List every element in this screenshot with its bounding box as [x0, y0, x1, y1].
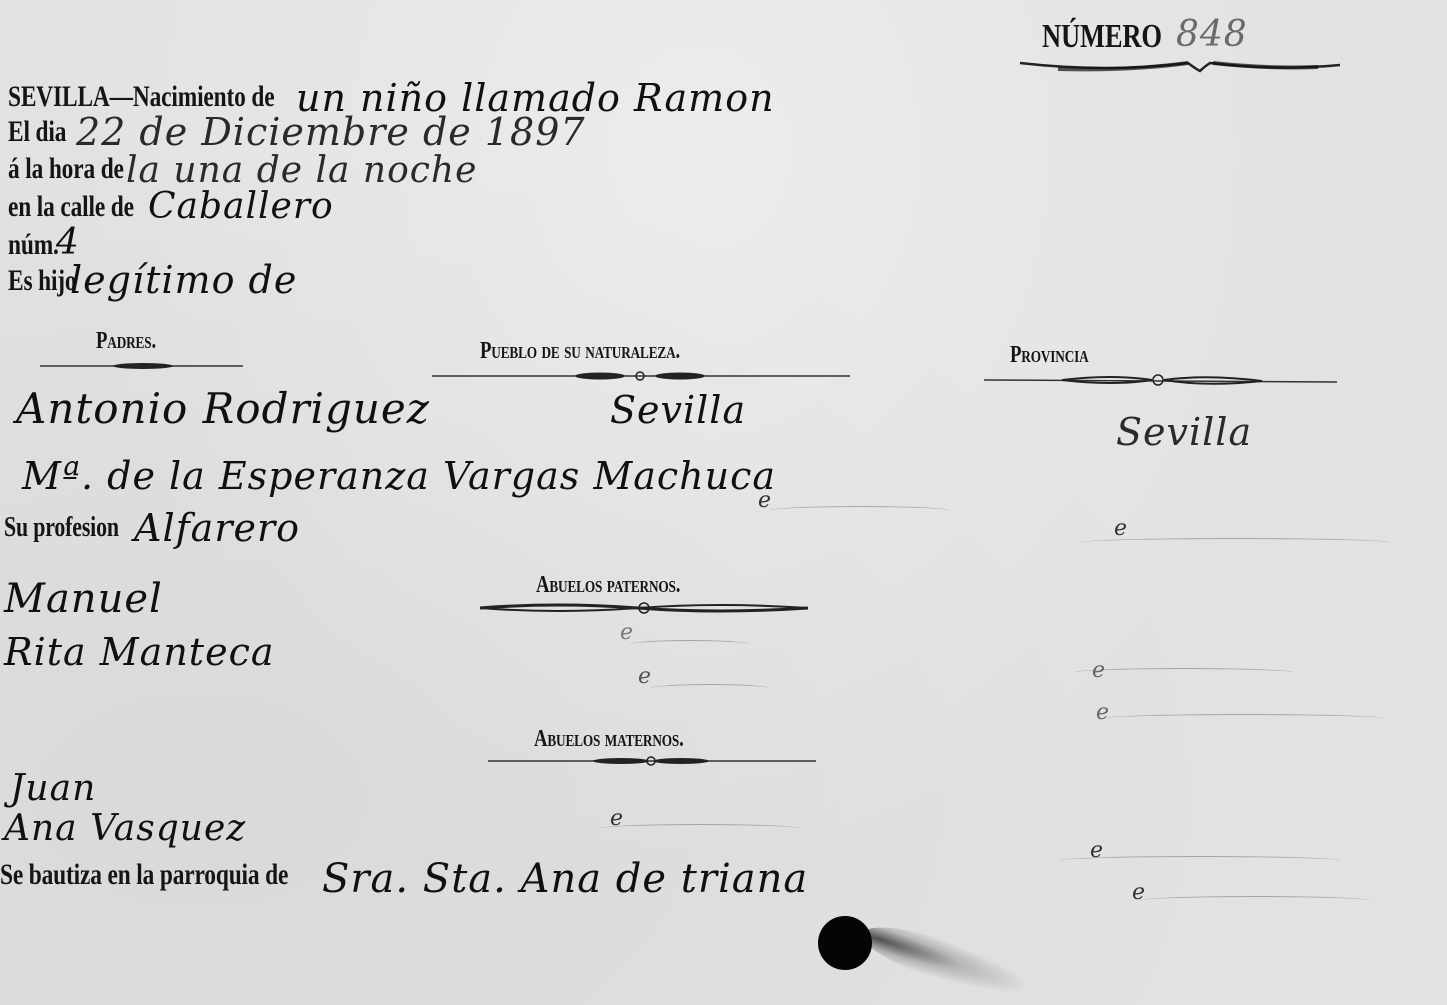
numero-label: NÚMERO	[1042, 18, 1162, 56]
pueblo-rule	[430, 368, 855, 384]
abuelo-materno-provincia-line	[1060, 856, 1340, 865]
profesion-label: Su profesion	[4, 512, 119, 544]
profesion-value: Alfarero	[134, 506, 300, 550]
abuelo-paterno-provincia-line	[1074, 668, 1294, 677]
padre-pueblo: Sevilla	[610, 388, 746, 432]
dia-value: 22 de Diciembre de 1897	[76, 110, 586, 154]
column-header-padres: Padres.	[96, 328, 156, 355]
calle-label: en la calle de	[8, 190, 134, 224]
numero-flourish	[1018, 55, 1343, 77]
abuela-paterna-provincia-line	[1104, 714, 1384, 723]
padres-rule	[38, 360, 248, 372]
parroquia-label: Se bautiza en la parroquia de	[0, 858, 288, 892]
provincia-rule	[982, 372, 1342, 390]
abuelo-paterno-name: Manuel	[4, 576, 163, 622]
hora-label: á la hora de	[8, 152, 124, 186]
birth-record-page: NÚMERO 848 SEVILLA—Nacimiento de un niño…	[0, 0, 1447, 1005]
parroquia-value: Sra. Sta. Ana de triana	[322, 856, 808, 902]
madre-provincia-ditto: e	[1114, 516, 1127, 541]
abuelos-maternos-rule	[486, 754, 821, 768]
numero-value: 848	[1176, 14, 1248, 55]
ink-blot	[818, 916, 872, 970]
abuela-paterna-pueblo-line	[650, 684, 770, 693]
hora-value: la una de la noche	[126, 150, 477, 191]
abuela-materna-provincia-line	[1140, 896, 1370, 905]
ink-blot-smear	[856, 915, 1030, 1005]
padre-provincia: Sevilla	[1116, 410, 1252, 454]
column-header-pueblo: Pueblo de su naturaleza.	[480, 338, 680, 365]
calle-value: Caballero	[148, 186, 334, 227]
madre-name: Mª. de la Esperanza Vargas Machuca	[22, 454, 776, 498]
padre-name: Antonio Rodriguez	[16, 384, 430, 433]
hijo-label: Es hijo	[8, 264, 76, 298]
hijo-value: legítimo de	[70, 258, 297, 302]
abuela-paterna-name: Rita Manteca	[4, 630, 275, 674]
abuelo-paterno-pueblo-line	[630, 640, 750, 649]
abuelo-paterno-pueblo-ditto: e	[620, 620, 633, 645]
abuelos-paternos-rule	[478, 600, 813, 616]
abuela-paterna-pueblo-ditto: e	[638, 664, 651, 689]
madre-pueblo-line	[770, 506, 950, 515]
column-header-provincia: Provincia	[1010, 342, 1089, 369]
madre-provincia-line	[1080, 538, 1390, 547]
num-label: núm.	[8, 228, 59, 262]
heading-printed: SEVILLA—Nacimiento de	[8, 80, 274, 114]
abuelos-paternos-title: Abuelos paternos.	[536, 572, 680, 599]
num-value: 4	[56, 222, 80, 263]
abuelos-maternos-title: Abuelos maternos.	[534, 726, 684, 753]
abuelos-maternos-pueblo-line	[600, 824, 800, 833]
abuela-materna-name: Ana Vasquez	[4, 808, 246, 849]
madre-pueblo-ditto: e	[758, 488, 771, 513]
abuelo-materno-name: Juan	[10, 768, 96, 809]
abuela-paterna-provincia-ditto: e	[1096, 700, 1109, 725]
dia-label: El dia	[8, 115, 66, 149]
